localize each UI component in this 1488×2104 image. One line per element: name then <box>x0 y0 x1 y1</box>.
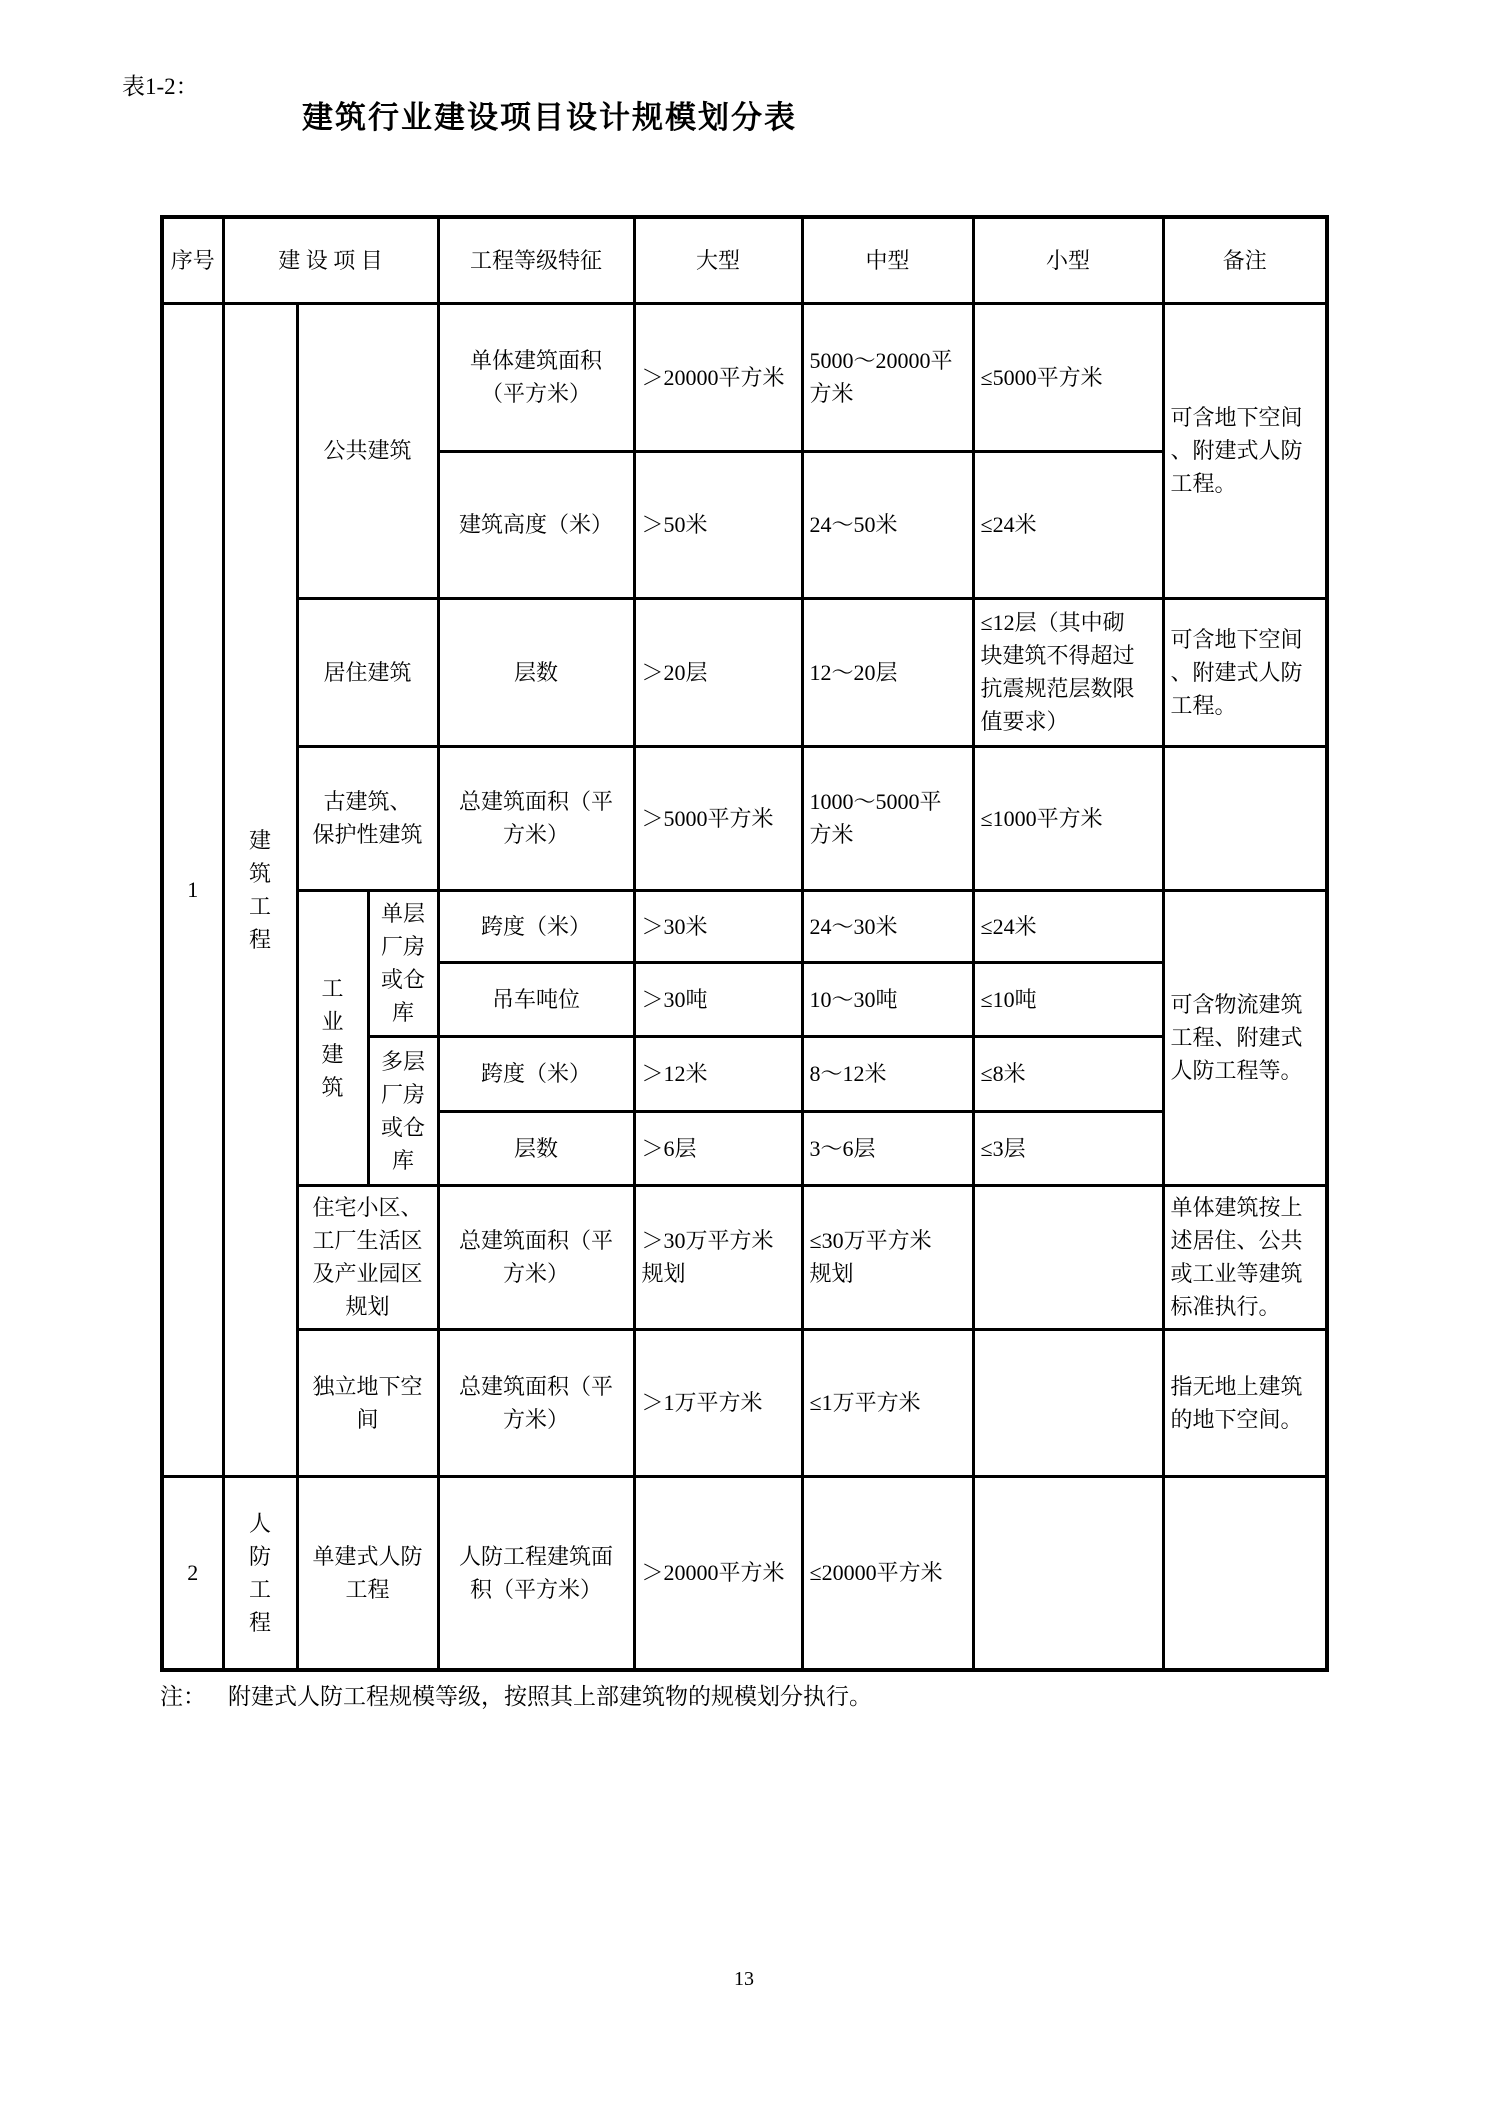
cell-s2-no: 2 <box>162 1476 223 1670</box>
cell-industrial-multi-floors-feature: 层数 <box>438 1111 634 1185</box>
cell-industrial-multi-span-medium: 8～12米 <box>802 1036 973 1111</box>
row-public-area: 1 建 筑 工 程 公共建筑 单体建筑面积 （平方米） ＞20000平方米 50… <box>162 303 1327 451</box>
footnote: 注： 附建式人防工程规模等级，按照其上部建筑物的规模划分执行。 <box>160 1678 872 1711</box>
cell-industrial-remark: 可含物流建筑 工程、附建式 人防工程等。 <box>1163 890 1327 1185</box>
cell-underground-large: ＞1万平方米 <box>634 1329 802 1476</box>
cell-industrial-multi-name: 多层 厂房 或仓 库 <box>368 1036 438 1185</box>
cell-industrial-single-name: 单层 厂房 或仓 库 <box>368 890 438 1036</box>
cell-standalone-feature: 人防工程建筑面 积（平方米） <box>438 1476 634 1670</box>
cell-industrial-multi-floors-large: ＞6层 <box>634 1111 802 1185</box>
cell-heritage-name: 古建筑、 保护性建筑 <box>297 746 438 890</box>
cell-standalone-name: 单建式人防 工程 <box>297 1476 438 1670</box>
row-underground: 独立地下空 间 总建筑面积（平 方米） ＞1万平方米 ≤1万平方米 指无地上建筑… <box>162 1329 1327 1476</box>
cell-standalone-remark <box>1163 1476 1327 1670</box>
cell-underground-remark: 指无地上建筑 的地下空间。 <box>1163 1329 1327 1476</box>
cell-public-name: 公共建筑 <box>297 303 438 598</box>
cell-standalone-small <box>973 1476 1163 1670</box>
cell-residential-small: ≤12层（其中砌 块建筑不得超过 抗震规范层数限 值要求） <box>973 598 1163 746</box>
row-planning: 住宅小区、 工厂生活区 及产业园区 规划 总建筑面积（平 方米） ＞30万平方米… <box>162 1185 1327 1329</box>
header-project: 建 设 项 目 <box>223 217 438 303</box>
cell-heritage-medium: 1000～5000平 方米 <box>802 746 973 890</box>
cell-public-height-feature: 建筑高度（米） <box>438 451 634 598</box>
cell-heritage-small: ≤1000平方米 <box>973 746 1163 890</box>
cell-industrial-multi-span-small: ≤8米 <box>973 1036 1163 1111</box>
cell-s1-no: 1 <box>162 303 223 1476</box>
table-label: 表1-2： <box>122 68 199 101</box>
cell-industrial-single-span-medium: 24～30米 <box>802 890 973 962</box>
cell-industrial-multi-floors-medium: 3～6层 <box>802 1111 973 1185</box>
cell-public-height-large: ＞50米 <box>634 451 802 598</box>
footnote-text: 附建式人防工程规模等级，按照其上部建筑物的规模划分执行。 <box>228 1678 872 1711</box>
cell-residential-medium: 12～20层 <box>802 598 973 746</box>
cell-heritage-feature: 总建筑面积（平 方米） <box>438 746 634 890</box>
cell-heritage-large: ＞5000平方米 <box>634 746 802 890</box>
cell-industrial-multi-floors-small: ≤3层 <box>973 1111 1163 1185</box>
cell-industrial-single-crane-medium: 10～30吨 <box>802 962 973 1036</box>
cell-industrial-name: 工 业 建 筑 <box>297 890 368 1185</box>
cell-industrial-single-crane-small: ≤10吨 <box>973 962 1163 1036</box>
cell-residential-feature: 层数 <box>438 598 634 746</box>
cell-public-area-large: ＞20000平方米 <box>634 303 802 451</box>
row-industrial-single-span: 工 业 建 筑 单层 厂房 或仓 库 跨度（米） ＞30米 24～30米 ≤24… <box>162 890 1327 962</box>
page-title: 建筑行业建设项目设计规模划分表 <box>302 92 797 137</box>
cell-public-remark: 可含地下空间 、附建式人防 工程。 <box>1163 303 1327 598</box>
cell-public-height-medium: 24～50米 <box>802 451 973 598</box>
cell-public-area-medium: 5000～20000平 方米 <box>802 303 973 451</box>
cell-industrial-single-span-small: ≤24米 <box>973 890 1163 962</box>
header-no: 序号 <box>162 217 223 303</box>
row-residential: 居住建筑 层数 ＞20层 12～20层 ≤12层（其中砌 块建筑不得超过 抗震规… <box>162 598 1327 746</box>
cell-industrial-multi-span-large: ＞12米 <box>634 1036 802 1111</box>
cell-s2-category: 人 防 工 程 <box>223 1476 297 1670</box>
header-medium: 中型 <box>802 217 973 303</box>
cell-s1-category: 建 筑 工 程 <box>223 303 297 1476</box>
cell-industrial-single-span-feature: 跨度（米） <box>438 890 634 962</box>
cell-public-area-feature: 单体建筑面积 （平方米） <box>438 303 634 451</box>
cell-standalone-large: ＞20000平方米 <box>634 1476 802 1670</box>
cell-underground-feature: 总建筑面积（平 方米） <box>438 1329 634 1476</box>
scale-classification-table: 序号 建 设 项 目 工程等级特征 大型 中型 小型 备注 1 建 筑 工 程 … <box>160 215 1329 1672</box>
cell-underground-medium: ≤1万平方米 <box>802 1329 973 1476</box>
cell-planning-large: ＞30万平方米 规划 <box>634 1185 802 1329</box>
cell-residential-remark: 可含地下空间 、附建式人防 工程。 <box>1163 598 1327 746</box>
header-row: 序号 建 设 项 目 工程等级特征 大型 中型 小型 备注 <box>162 217 1327 303</box>
cell-underground-name: 独立地下空 间 <box>297 1329 438 1476</box>
header-large: 大型 <box>634 217 802 303</box>
document-page: 表1-2： 建筑行业建设项目设计规模划分表 序号 建 设 项 目 工程等级特征 … <box>0 0 1488 2104</box>
cell-industrial-single-span-large: ＞30米 <box>634 890 802 962</box>
cell-planning-feature: 总建筑面积（平 方米） <box>438 1185 634 1329</box>
cell-heritage-remark <box>1163 746 1327 890</box>
cell-planning-remark: 单体建筑按上 述居住、公共 或工业等建筑 标准执行。 <box>1163 1185 1327 1329</box>
cell-residential-name: 居住建筑 <box>297 598 438 746</box>
cell-public-height-small: ≤24米 <box>973 451 1163 598</box>
cell-planning-small <box>973 1185 1163 1329</box>
cell-industrial-multi-span-feature: 跨度（米） <box>438 1036 634 1111</box>
header-small: 小型 <box>973 217 1163 303</box>
cell-residential-large: ＞20层 <box>634 598 802 746</box>
header-feature: 工程等级特征 <box>438 217 634 303</box>
cell-planning-medium: ≤30万平方米 规划 <box>802 1185 973 1329</box>
cell-public-area-small: ≤5000平方米 <box>973 303 1163 451</box>
cell-standalone-medium: ≤20000平方米 <box>802 1476 973 1670</box>
footnote-label: 注： <box>160 1678 206 1711</box>
page-number: 13 <box>0 1968 1488 1991</box>
cell-industrial-single-crane-feature: 吊车吨位 <box>438 962 634 1036</box>
row-civil-defense: 2 人 防 工 程 单建式人防 工程 人防工程建筑面 积（平方米） ＞20000… <box>162 1476 1327 1670</box>
row-heritage: 古建筑、 保护性建筑 总建筑面积（平 方米） ＞5000平方米 1000～500… <box>162 746 1327 890</box>
header-remark: 备注 <box>1163 217 1327 303</box>
cell-underground-small <box>973 1329 1163 1476</box>
cell-planning-name: 住宅小区、 工厂生活区 及产业园区 规划 <box>297 1185 438 1329</box>
cell-industrial-single-crane-large: ＞30吨 <box>634 962 802 1036</box>
